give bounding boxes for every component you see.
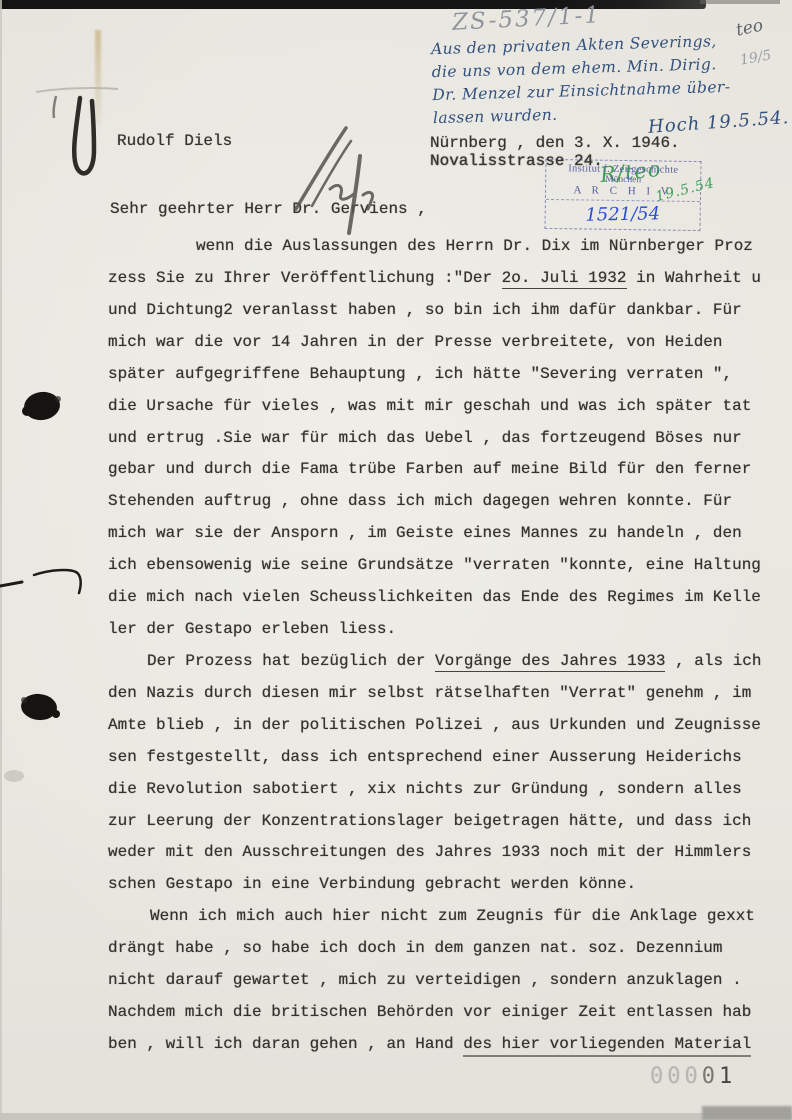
pencil-smudge-line — [36, 88, 118, 92]
letter-line: weder mit den Ausschreitungen des Jahres… — [108, 843, 751, 861]
line-pencil-underlined-text: des hier vorliegenden Material — [463, 1035, 751, 1057]
letter-line: Amte blieb , in der politischen Polizei … — [108, 716, 761, 734]
line-text: gebar und durch die Fama trübe Farben au… — [108, 460, 751, 478]
ink-stroke-left-margin — [0, 570, 81, 593]
letter-line: zess Sie zu Ihrer Veröffentlichung :"Der… — [108, 269, 761, 287]
line-text: und ertrug .Sie war für mich das Uebel ,… — [108, 429, 742, 447]
line-text: Amte blieb , in der politischen Polizei … — [108, 716, 761, 734]
gray-smudge — [4, 770, 24, 782]
page-number-light-digits: 000 — [650, 1064, 702, 1089]
line-text: , als ich — [665, 652, 761, 670]
letter-line: und Dichtung2 veranlasst haben , so bin … — [108, 301, 742, 319]
line-text: ler der Gestapo erleben liess. — [108, 620, 396, 638]
scan-edge-corner — [702, 1106, 792, 1120]
line-text: später aufgegriffene Behauptung , ich hä… — [108, 365, 732, 383]
line-text: den Nazis durch diesen mir selbst rätsel… — [108, 684, 751, 702]
line-text: nicht darauf gewartet , mich zu verteidi… — [108, 971, 742, 989]
letter-line: die Ursache für vieles , was mit mir ges… — [108, 397, 751, 415]
scan-edge-left — [0, 0, 2, 1120]
letter-line: sen festgestellt, dass ich entsprechend … — [108, 748, 742, 766]
stamp-file-number: 1521/54 — [545, 199, 700, 230]
letter-line: die mich nach vielen Scheusslichkeiten d… — [108, 588, 761, 606]
place-and-date: Nürnberg , den 3. X. 1946. — [430, 133, 680, 153]
pencil-date: 19/5 — [739, 47, 773, 68]
line-text: schen Gestapo in eine Verbindung gebrach… — [108, 875, 636, 893]
u-ink-mark-tick — [54, 96, 56, 118]
line-text: ben , will ich daran gehen , an Hand — [108, 1035, 463, 1053]
letter-line: den Nazis durch diesen mir selbst rätsel… — [108, 684, 751, 702]
letter-line: Stehenden auftrug , ohne dass ich mich d… — [108, 492, 732, 510]
salutation: Sehr geehrter Herr Dr. Gerviens , — [110, 199, 427, 219]
scanned-letter-page: ZS-537/1-1 teo 19/5 Aus den privaten Akt… — [0, 0, 792, 1120]
line-text: sen festgestellt, dass ich entsprechend … — [108, 748, 742, 766]
line-text: Stehenden auftrug , ohne dass ich mich d… — [108, 492, 732, 510]
page-number-dark-digit: 1 — [719, 1064, 736, 1089]
line-text: Nachdem mich die britischen Behörden vor… — [108, 1003, 751, 1021]
sender-name: Rudolf Diels — [117, 131, 232, 151]
sender-address: Novalisstrasse 24. — [430, 151, 603, 171]
line-text: wenn die Auslassungen des Herrn Dr. Dix … — [196, 237, 753, 255]
line-text: die Ursache für vieles , was mit mir ges… — [108, 397, 751, 415]
line-text: zur Leerung der Konzentrationslager beig… — [108, 812, 751, 830]
line-underlined-text: 2o. Juli 1932 — [502, 269, 627, 289]
letter-line: ler der Gestapo erleben liess. — [108, 620, 396, 638]
line-text: Wenn ich mich auch hier nicht zum Zeugni… — [150, 907, 755, 925]
ink-blob-2 — [20, 692, 60, 722]
ink-blob-1 — [22, 390, 62, 423]
letter-line: Nachdem mich die britischen Behörden vor… — [108, 1003, 751, 1021]
line-text: Der Prozess hat bezüglich der — [147, 652, 435, 670]
line-text: ich ebensowenig wie seine Grundsätze "ve… — [108, 556, 761, 574]
page-number-mid-digit: 0 — [702, 1064, 719, 1089]
scan-edge-bottom — [0, 1113, 792, 1120]
pencil-initials: teo — [734, 15, 765, 40]
scan-edge-top-right — [700, 0, 780, 4]
letter-line: gebar und durch die Fama trübe Farben au… — [108, 460, 751, 478]
line-text: mich war sie der Ansporn , im Geiste ein… — [108, 524, 742, 542]
letter-line: mich war sie der Ansporn , im Geiste ein… — [108, 524, 742, 542]
letter-line: und ertrug .Sie war für mich das Uebel ,… — [108, 429, 742, 447]
line-text: weder mit den Ausschreitungen des Jahres… — [108, 843, 751, 861]
letter-line: nicht darauf gewartet , mich zu verteidi… — [108, 971, 742, 989]
letter-line: später aufgegriffene Behauptung , ich hä… — [108, 365, 732, 383]
line-text: und Dichtung2 veranlasst haben , so bin … — [108, 301, 742, 319]
letter-line: Der Prozess hat bezüglich der Vorgänge d… — [147, 652, 762, 670]
page-number-stamp: 00001 — [650, 1064, 736, 1089]
letter-line: die Revolution sabotiert , xix nichts zu… — [108, 780, 742, 798]
line-text: zess Sie zu Ihrer Veröffentlichung :"Der — [108, 269, 502, 287]
letter-line: mich war die vor 14 Jahren in der Presse… — [108, 333, 723, 351]
line-text: drängt habe , so habe ich doch in dem ga… — [108, 939, 723, 957]
letter-line: zur Leerung der Konzentrationslager beig… — [108, 812, 751, 830]
line-text: mich war die vor 14 Jahren in der Presse… — [108, 333, 723, 351]
letter-line: ich ebensowenig wie seine Grundsätze "ve… — [108, 556, 761, 574]
u-ink-mark — [74, 98, 94, 173]
letter-line: wenn die Auslassungen des Herrn Dr. Dix … — [196, 237, 753, 255]
letter-line: ben , will ich daran gehen , an Hand des… — [108, 1035, 751, 1053]
letter-line: Wenn ich mich auch hier nicht zum Zeugni… — [150, 907, 755, 925]
letter-line: drängt habe , so habe ich doch in dem ga… — [108, 939, 723, 957]
line-text: die Revolution sabotiert , xix nichts zu… — [108, 780, 742, 798]
line-text: die mich nach vielen Scheusslichkeiten d… — [108, 588, 761, 606]
letter-line: schen Gestapo in eine Verbindung gebrach… — [108, 875, 636, 893]
line-underlined-text: Vorgänge des Jahres 1933 — [435, 652, 665, 672]
paper-stain — [95, 30, 101, 125]
line-text: in Wahrheit u — [627, 269, 761, 287]
